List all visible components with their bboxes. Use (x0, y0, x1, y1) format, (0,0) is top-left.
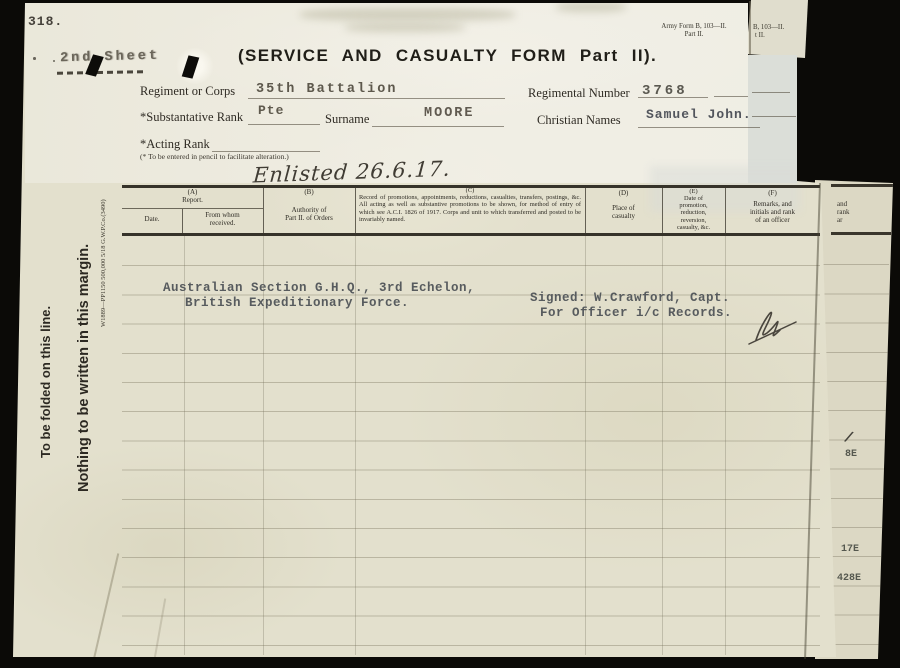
strip-code-428e: 428E (837, 573, 861, 584)
margin-no-write-text: Nothing to be written in this margin. (76, 244, 92, 492)
ink-bleed-smudge (556, 2, 626, 12)
paper-fold-patch (748, 55, 797, 183)
col-d-letter: (D) (585, 190, 662, 198)
surname-label: Surname (325, 112, 369, 127)
col-c-text: Record of promotions, appointments, redu… (359, 194, 581, 224)
army-form-ref: Army Form B, 103—II. Part II. (646, 23, 742, 40)
paper-crease-line (749, 1, 751, 56)
record-table: (A) Report. Date. From whom received. (B… (122, 185, 820, 657)
strip-code-8e: 8E (845, 449, 857, 460)
form-title: (SERVICE AND CASUALTY FORM Part II). (238, 46, 622, 66)
ink-dot (53, 60, 55, 62)
scanned-document: B, 103—II. t II. and rank ar / 8E 17E 42… (0, 0, 900, 668)
regiment-value: 35th Battalion (256, 82, 397, 97)
col-a-date: Date. (122, 216, 182, 224)
entry-unit-line2: British Expeditionary Force. (185, 296, 409, 310)
christian-names-value: Samuel John. (646, 107, 752, 122)
entry-signed-line1: Signed: W.Crawford, Capt. (530, 291, 730, 305)
strip-code-17e: 17E (841, 544, 859, 555)
substantive-rank-value: Pte (258, 103, 284, 118)
col-b-text: Authority of Part II. of Orders (263, 207, 355, 223)
col-f-text: Remarks, and initials and rank of an off… (725, 201, 820, 224)
entry-unit-line1: Australian Section G.H.Q., 3rd Echelon, (163, 281, 475, 295)
regimental-number-label: Regimental Number (528, 86, 630, 101)
strip-remarks-fragment: and rank ar (837, 201, 849, 225)
col-b-letter: (B) (263, 189, 355, 197)
col-a-from-whom: From whom received. (182, 212, 263, 228)
substantive-rank-label: *Substantative Rank (140, 110, 243, 125)
col-a-title: Report. (122, 197, 263, 205)
corner-form-ref-line1: B, 103—II. (753, 24, 784, 31)
regiment-label: Regiment or Corps (140, 84, 235, 99)
report-subheader-line (122, 208, 263, 209)
margin-fold-text: To be folded on this line. (38, 306, 53, 458)
surname-value: MOORE (424, 106, 475, 121)
strip-bold-line-top (831, 184, 893, 187)
col-d-text: Place of casualty (585, 205, 662, 221)
margin-print-code: W1889—PP1150 500,000 5/18 G.W.P.Co.(3490… (100, 199, 107, 327)
col-e-text: Date of promotion, reduction, reversion,… (662, 195, 725, 231)
ink-dot (33, 57, 36, 60)
ink-bleed-smudge (300, 8, 515, 21)
christian-names-label: Christian Names (537, 113, 621, 128)
table-header-border (122, 233, 820, 236)
ink-bleed-smudge (345, 23, 465, 32)
second-sheet-stamp: 2nd Sheet (60, 49, 160, 67)
entry-signed-line2: For Officer i/c Records. (540, 306, 732, 320)
pencil-note: (* To be entered in pencil to facilitate… (140, 152, 289, 161)
paper-crease (91, 553, 119, 668)
main-sheet: 318. 2nd Sheet (SERVICE AND CASUALTY FOR… (0, 0, 900, 668)
strip-bold-line-bottom (831, 232, 891, 235)
regimental-number-value: 3768 (642, 83, 688, 99)
acting-rank-label: *Acting Rank (140, 137, 210, 152)
corner-form-ref-line2: t II. (755, 32, 765, 39)
col-f-letter: (F) (725, 190, 820, 198)
sheet-number: 318. (28, 14, 63, 29)
signature-initials (744, 300, 806, 348)
underlying-sheet-corner: B, 103—II. t II. (745, 0, 808, 58)
